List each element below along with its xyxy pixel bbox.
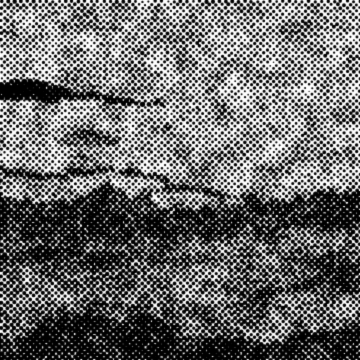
halftone-art [0,0,360,360]
halftone-canvas [0,0,360,360]
